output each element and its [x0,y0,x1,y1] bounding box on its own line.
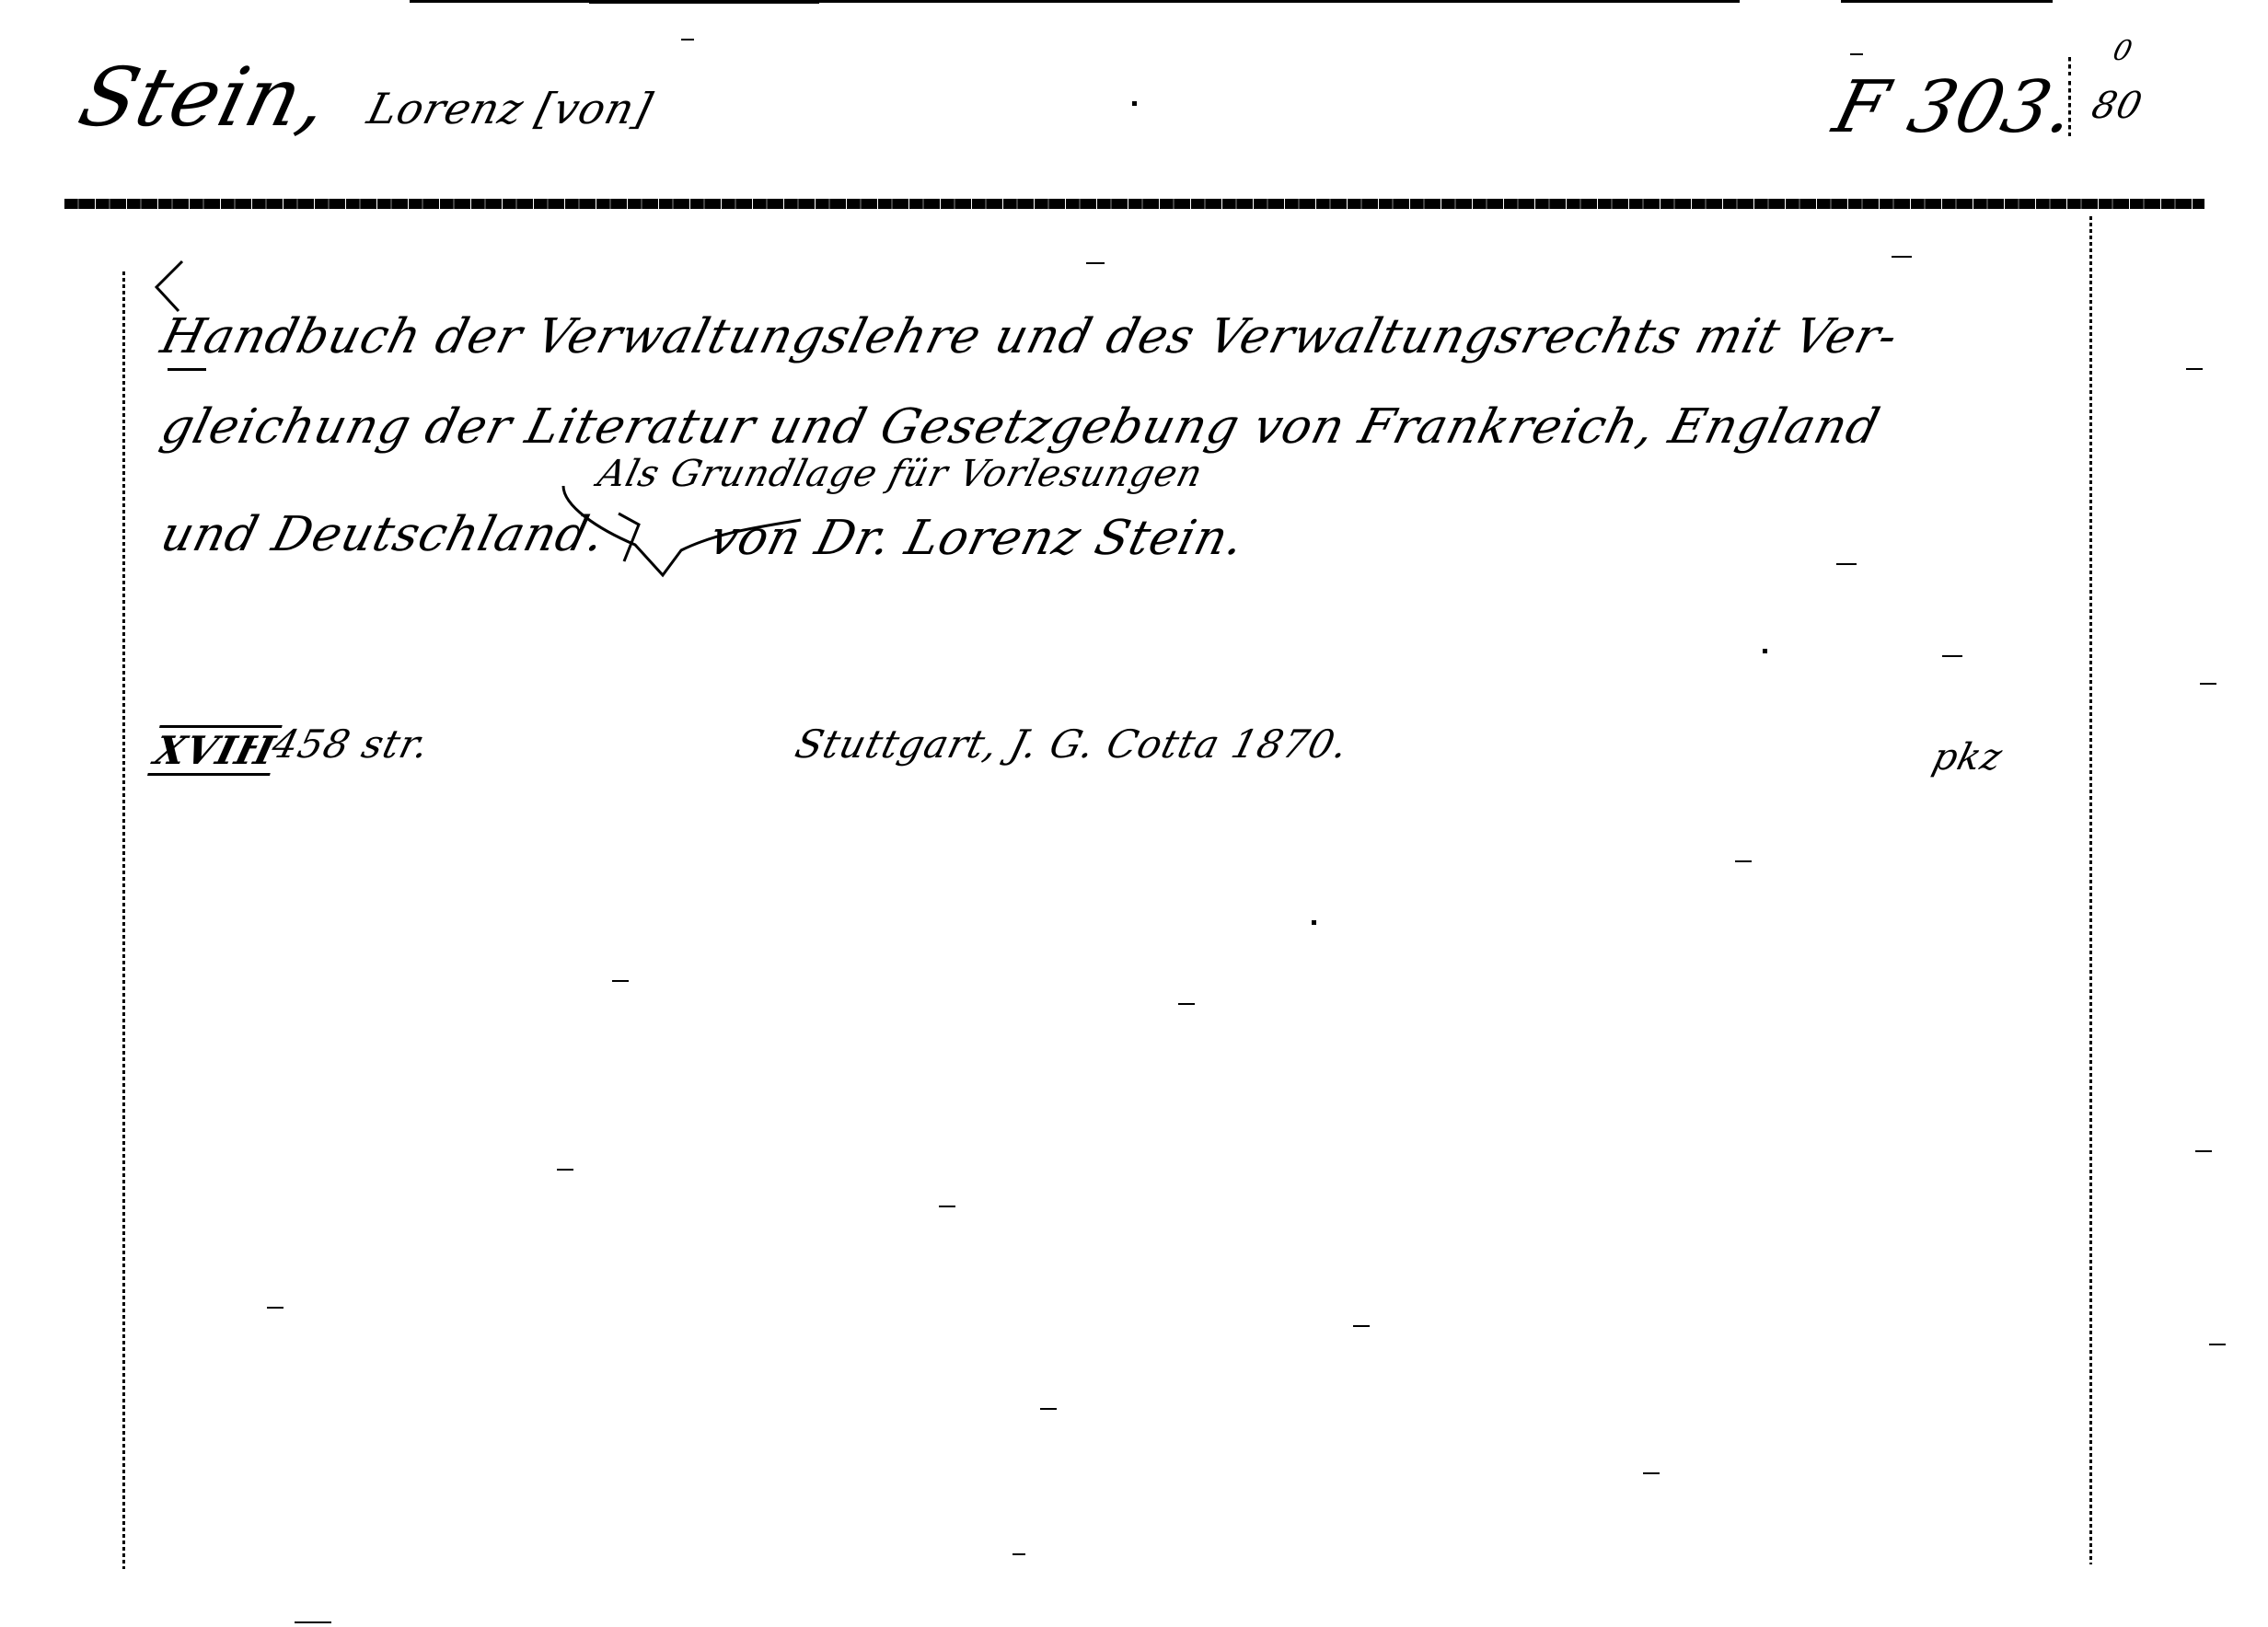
scan-speck [2195,1150,2212,1152]
scan-speck [2209,1344,2226,1345]
title-line-2: gleichung der Literatur und Gesetzgebung… [156,403,1884,451]
header-rule [64,199,2204,209]
scan-speck [1836,563,1857,565]
scan-speck [2186,368,2203,370]
scan-speck [1312,920,1316,925]
scan-speck [1353,1325,1370,1327]
scan-artifact-top [589,1,819,4]
title-line-1: Handbuch der Verwaltungslehre und des Ve… [156,313,1903,361]
scan-speck [1012,1553,1025,1555]
price-note: pkz [1928,736,2007,779]
corner-mark-top: 0 [2110,35,2136,67]
scan-speck [1892,256,1912,258]
scan-speck [557,1169,573,1171]
scan-speck [1178,1003,1195,1005]
corner-divider [2068,81,2071,136]
scan-speck [267,1307,283,1309]
scan-speck [612,980,629,982]
scan-speck [1132,101,1137,106]
shelfmark: F 303. [1827,72,2083,144]
scan-speck [1850,53,1863,55]
scan-artifact-top [1841,0,2053,3]
scan-speck [681,39,694,40]
scan-speck [1735,860,1752,862]
collation-pages: - 458 str. [241,725,434,764]
corner-mark-bottom: 80 [2088,85,2146,127]
title-line-3: und Deutschland. [156,511,610,559]
bracket-mark-icon [155,260,184,315]
corner-divider [2068,57,2071,75]
scan-speck [1040,1408,1057,1410]
scan-speck [1763,649,1767,653]
imprint: Stuttgart, J. G. Cotta 1870. [792,725,1352,764]
scan-speck [295,1621,331,1623]
scan-speck [1086,262,1105,264]
scan-artifact-top [911,0,1740,3]
right-margin-line [2089,216,2092,1564]
scan-speck [2200,683,2216,685]
scan-speck [1942,655,1962,657]
scan-speck [1643,1472,1660,1474]
scan-speck [939,1206,955,1207]
heading-surname: Stein, [72,57,337,138]
keyword-underline [168,368,206,371]
left-margin-line [122,271,125,1569]
heading-forename: Lorenz [von] [364,87,657,130]
statement-of-responsibility: von Dr. Lorenz Stein. [704,511,1250,566]
